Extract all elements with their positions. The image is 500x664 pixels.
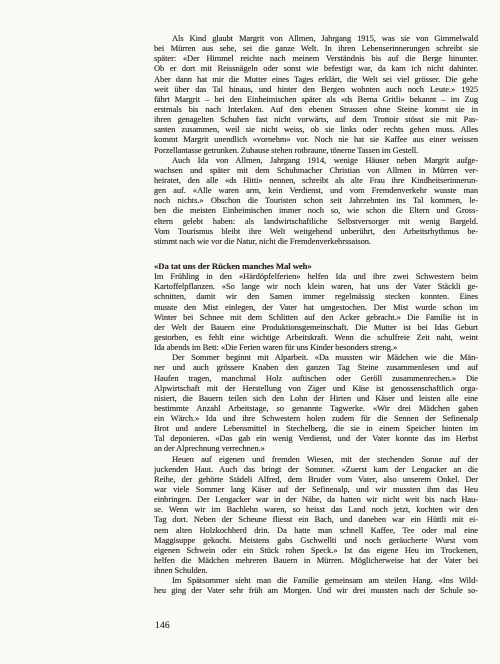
text-line: nisiert, die Bauern teilen sich den Lohn… <box>154 393 478 403</box>
text-line: ben die meisten Einheimischen immer noch… <box>154 205 478 215</box>
text-line: schnitten, damit wir den Samen immer reg… <box>154 291 478 301</box>
text-column: Als Kind glaubt Margrit von Allmen, Jahr… <box>154 33 478 596</box>
text-line: se. Wenn wir im Bachlehn waren, so heiss… <box>154 504 478 514</box>
text-line: ihren genagelten Schuhen fast nicht vorw… <box>154 114 478 124</box>
text-line: Heuen auf eigenen und fremden Wiesen, mi… <box>154 454 478 464</box>
text-line: war viele Sommer lang Käser auf der Sefi… <box>154 484 478 494</box>
text-line: ihnen Schulden. <box>154 565 478 575</box>
text-line: Als Kind glaubt Margrit von Allmen, Jahr… <box>154 33 478 43</box>
text-line: gestorben, es fehlt eine wichtige Arbeit… <box>154 332 478 342</box>
text-line: stimmt nach wie vor die Natur, nicht die… <box>154 236 478 246</box>
section-heading-text: «Da tat uns der Rücken manches Mal weh» <box>154 261 478 271</box>
text-line: eltern gelebt haben: als landwirtschaftl… <box>154 216 478 226</box>
text-line: heiratet, den alle «ds Hitti» nennen, sc… <box>154 175 478 185</box>
text-line: noch nichts.» Obschon die Touristen scho… <box>154 195 478 205</box>
paragraph: Im Spätsommer sieht man die Familie geme… <box>154 575 478 595</box>
text-line: Maggisuppe gekocht. Meistens gabs Gschwe… <box>154 535 478 545</box>
page-number: 146 <box>155 621 170 631</box>
text-line: juckenden Haut. Auch das bringt der Somm… <box>154 464 478 474</box>
text-line: eigenen Schwein oder ein Stück rohen Spe… <box>154 545 478 555</box>
text-line: helfen die Mädchen mehreren Bauern in Mü… <box>154 555 478 565</box>
text-line: gen auf. «Alle waren arm, kein Verdienst… <box>154 185 478 195</box>
text-line: an der Alprechnung verrechnen.» <box>154 443 478 453</box>
text-line: einbringen. Der Lengacker war in der Näh… <box>154 494 478 504</box>
paragraph: Im Frühling in den «Härdöpfelferien» hel… <box>154 271 478 352</box>
text-line: heu ging der Vater sehr früh am Morgen. … <box>154 585 478 595</box>
text-line: Auch Ida von Allmen, Jahrgang 1914, weni… <box>154 155 478 165</box>
book-page: Als Kind glaubt Margrit von Allmen, Jahr… <box>0 0 500 664</box>
text-line: Alpwirtschaft mit der Herstellung von Zi… <box>154 383 478 393</box>
text-line: Tal deponieren. «Das gab ein wenig Verdi… <box>154 433 478 443</box>
text-line: santen zusammen, weil sie nicht weiss, o… <box>154 124 478 134</box>
paragraph: Als Kind glaubt Margrit von Allmen, Jahr… <box>154 33 478 155</box>
text-line: ner und auch grössere Knaben den ganzen … <box>154 362 478 372</box>
paragraph: Der Sommer beginnt mit Alparbeit. «Da mu… <box>154 352 478 453</box>
text-line: Reihe, der gehörte Städeli Alfred, dem B… <box>154 474 478 484</box>
text-line: kommt Margrit unendlich «vornehm» vor. N… <box>154 134 478 144</box>
text-line: Porzellantasse getrunken. Zuhause stehen… <box>154 145 478 155</box>
text-line: fährt Margrit – bei den Einheimischen sp… <box>154 94 478 104</box>
text-line: Kartoffelpflanzen. «So lange wir noch kl… <box>154 281 478 291</box>
text-line: Vom Tourismus bleibt ihre Welt weitgehen… <box>154 226 478 236</box>
section-heading: «Da tat uns der Rücken manches Mal weh» <box>154 261 478 271</box>
text-line: später: «Der Himmel reichte nach meinem … <box>154 53 478 63</box>
text-line: weit über das Tal hinaus, und hinter den… <box>154 84 478 94</box>
text-line: Ida abends im Bett: «Die Ferien waren fü… <box>154 342 478 352</box>
text-line: Haufen tragen, manchmal Holz auftischen … <box>154 373 478 383</box>
text-line: nem alten Holzkochherd drin. Da hatte ma… <box>154 525 478 535</box>
text-line: erstmals bis nach Interlaken. Auf den eb… <box>154 104 478 114</box>
text-line: Brot und andere Lebensmittel in Stechelb… <box>154 423 478 433</box>
text-line: Ob er dort mit Reissnägeln oder sonst wi… <box>154 63 478 73</box>
text-line: Der Sommer beginnt mit Alparbeit. «Da mu… <box>154 352 478 362</box>
paragraph: Heuen auf eigenen und fremden Wiesen, mi… <box>154 454 478 576</box>
text-line: der Welt der Bauern eine Produktionsgeme… <box>154 322 478 332</box>
text-line: Im Frühling in den «Härdöpfelferien» hel… <box>154 271 478 281</box>
text-line: wachsen und später mit dem Schuhmacher C… <box>154 165 478 175</box>
text-line: ein Wärch.» Ida und ihre Schwestern hole… <box>154 413 478 423</box>
text-line: Winter bei Schnee mit dem Schlitten auf … <box>154 312 478 322</box>
text-line: Im Spätsommer sieht man die Familie geme… <box>154 575 478 585</box>
text-line: bestimmte Anzahl Arbeitstage, so genannt… <box>154 403 478 413</box>
text-line: bei Mürren aus sehe, sei die ganze Welt.… <box>154 43 478 53</box>
paragraph: Auch Ida von Allmen, Jahrgang 1914, weni… <box>154 155 478 246</box>
text-line: musste den Mist einlegen, der Vater hat … <box>154 302 478 312</box>
text-line: Aber dann hat mir die Mutter eines Tages… <box>154 74 478 84</box>
text-line: Tag dort. Neben der Scheune fliesst ein … <box>154 514 478 524</box>
